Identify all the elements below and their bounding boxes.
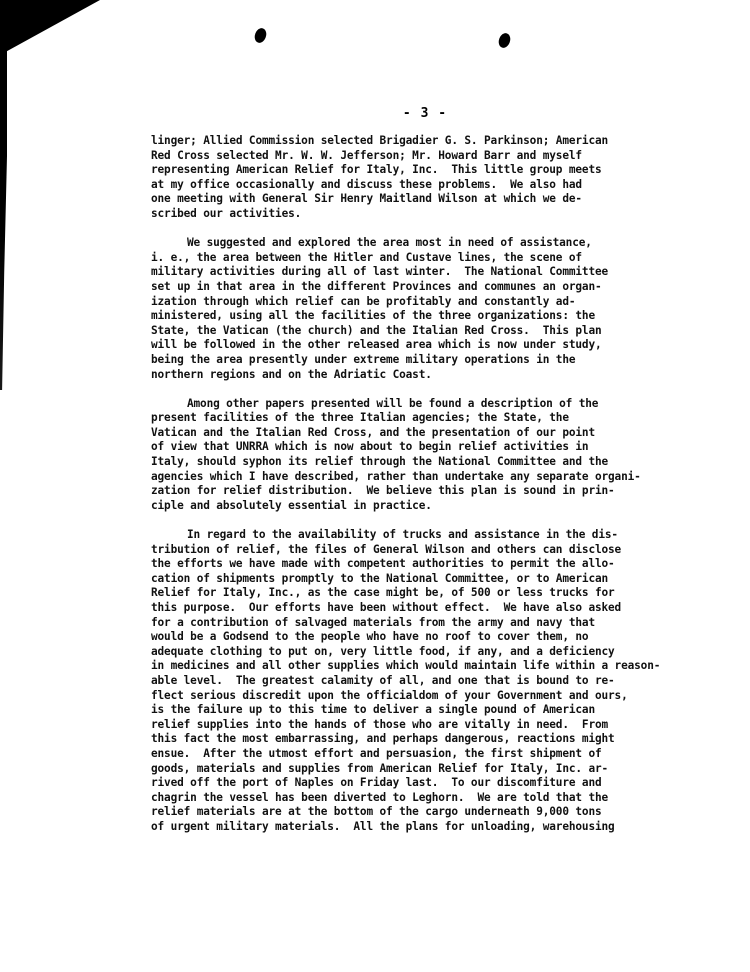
text-line: is the failure up to this time to delive… bbox=[151, 703, 711, 718]
paragraph-1: linger; Allied Commission selected Briga… bbox=[151, 134, 711, 222]
text-line: scribed our activities. bbox=[151, 207, 711, 222]
text-line: for a contribution of salvaged materials… bbox=[151, 616, 711, 631]
text-line: one meeting with General Sir Henry Maitl… bbox=[151, 192, 711, 207]
text-line: of urgent military materials. All the pl… bbox=[151, 820, 711, 835]
text-line: ministered, using all the facilities of … bbox=[151, 309, 711, 324]
text-line: of view that UNRRA which is now about to… bbox=[151, 440, 711, 455]
text-line: relief materials are at the bottom of th… bbox=[151, 805, 711, 820]
text-line: ization through which relief can be prof… bbox=[151, 295, 711, 310]
text-line: able level. The greatest calamity of all… bbox=[151, 674, 711, 689]
text-line: Among other papers presented will be fou… bbox=[151, 397, 711, 412]
text-line: goods, materials and supplies from Ameri… bbox=[151, 762, 711, 777]
text-line: in medicines and all other supplies whic… bbox=[151, 659, 711, 674]
text-line: ensue. After the utmost effort and persu… bbox=[151, 747, 711, 762]
text-line: would be a Godsend to the people who hav… bbox=[151, 630, 711, 645]
text-line: at my office occasionally and discuss th… bbox=[151, 178, 711, 193]
text-line: i. e., the area between the Hitler and C… bbox=[151, 251, 711, 266]
text-line: military activities during all of last w… bbox=[151, 265, 711, 280]
text-line: ciple and absolutely essential in practi… bbox=[151, 499, 711, 514]
text-line: In regard to the availability of trucks … bbox=[151, 528, 711, 543]
text-line: linger; Allied Commission selected Briga… bbox=[151, 134, 711, 149]
text-line: State, the Vatican (the church) and the … bbox=[151, 324, 711, 339]
text-line: We suggested and explored the area most … bbox=[151, 236, 711, 251]
letter-body: linger; Allied Commission selected Briga… bbox=[151, 134, 711, 849]
text-line: flect serious discredit upon the officia… bbox=[151, 689, 711, 704]
paragraph-4: In regard to the availability of trucks … bbox=[151, 528, 711, 834]
text-line: Italy, should syphon its relief through … bbox=[151, 455, 711, 470]
text-line: agencies which I have described, rather … bbox=[151, 470, 711, 485]
text-line: set up in that area in the different Pro… bbox=[151, 280, 711, 295]
paragraph-3: Among other papers presented will be fou… bbox=[151, 397, 711, 514]
text-line: being the area presently under extreme m… bbox=[151, 353, 711, 368]
text-line: will be followed in the other released a… bbox=[151, 338, 711, 353]
text-line: adequate clothing to put on, very little… bbox=[151, 645, 711, 660]
paragraph-2: We suggested and explored the area most … bbox=[151, 236, 711, 382]
punch-hole-right bbox=[497, 32, 512, 50]
text-line: relief supplies into the hands of those … bbox=[151, 718, 711, 733]
page-number: - 3 - bbox=[400, 106, 450, 121]
text-line: this fact the most embarrassing, and per… bbox=[151, 732, 711, 747]
text-line: Vatican and the Italian Red Cross, and t… bbox=[151, 426, 711, 441]
text-line: Red Cross selected Mr. W. W. Jefferson; … bbox=[151, 149, 711, 164]
text-line: this purpose. Our efforts have been with… bbox=[151, 601, 711, 616]
punch-hole-left bbox=[253, 27, 268, 45]
text-line: the efforts we have made with competent … bbox=[151, 557, 711, 572]
text-line: present facilities of the three Italian … bbox=[151, 411, 711, 426]
text-line: chagrin the vessel has been diverted to … bbox=[151, 791, 711, 806]
text-line: representing American Relief for Italy, … bbox=[151, 163, 711, 178]
text-line: tribution of relief, the files of Genera… bbox=[151, 543, 711, 558]
text-line: rived off the port of Naples on Friday l… bbox=[151, 776, 711, 791]
text-line: zation for relief distribution. We belie… bbox=[151, 484, 711, 499]
text-line: cation of shipments promptly to the Nati… bbox=[151, 572, 711, 587]
text-line: Relief for Italy, Inc., as the case migh… bbox=[151, 586, 711, 601]
scan-left-edge-shadow bbox=[0, 0, 7, 390]
text-line: northern regions and on the Adriatic Coa… bbox=[151, 368, 711, 383]
scan-corner-shadow bbox=[0, 0, 100, 55]
